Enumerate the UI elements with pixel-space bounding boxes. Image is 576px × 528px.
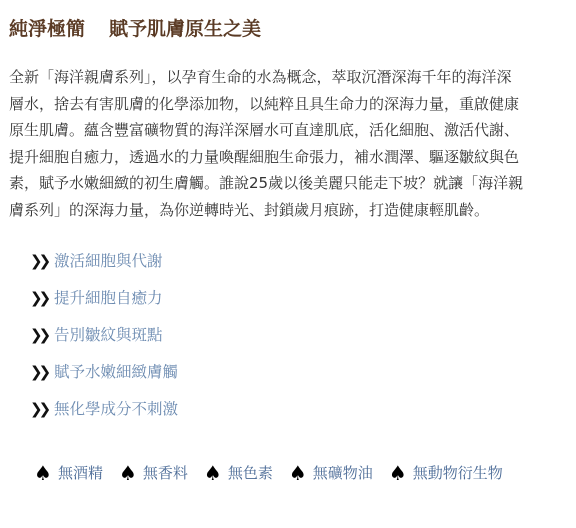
feature-label: 賦予水嫩細緻膚觸 <box>54 361 178 383</box>
feature-item: ❯❯ 激活細胞與代謝 <box>30 250 178 287</box>
badge-no-colorant: ♠ 無色素 <box>204 462 273 484</box>
feature-label: 激活細胞與代謝 <box>54 250 163 272</box>
double-chevron-right-icon: ❯❯ <box>30 287 50 309</box>
feature-item: ❯❯ 無化學成分不刺激 <box>30 398 178 435</box>
free-from-badges: ♠ 無酒精 ♠ 無香料 ♠ 無色素 ♠ 無礦物油 ♠ 無動物衍生物 <box>34 462 519 484</box>
description-line: 膚系列」的深海力量，為你逆轉時光、封鎖歲月痕跡，打造健康輕肌齡。 <box>9 197 569 224</box>
description-line: 提升細胞自癒力，透過水的力量喚醒細胞生命張力，補水潤澤、驅逐皺紋與色 <box>9 144 569 171</box>
double-chevron-right-icon: ❯❯ <box>30 250 50 272</box>
double-chevron-right-icon: ❯❯ <box>30 398 50 420</box>
spade-icon: ♠ <box>389 462 407 484</box>
page-title: 純淨極簡賦予肌膚原生之美 <box>9 14 261 41</box>
spade-icon: ♠ <box>119 462 137 484</box>
title-left: 純淨極簡 <box>9 18 85 40</box>
badge-label: 無酒精 <box>58 462 103 484</box>
feature-label: 提升細胞自癒力 <box>54 287 163 309</box>
badge-no-mineral-oil: ♠ 無礦物油 <box>289 462 373 484</box>
double-chevron-right-icon: ❯❯ <box>30 361 50 383</box>
spade-icon: ♠ <box>204 462 222 484</box>
feature-item: ❯❯ 賦予水嫩細緻膚觸 <box>30 361 178 398</box>
title-right: 賦予肌膚原生之美 <box>109 18 261 40</box>
feature-label: 告別皺紋與斑點 <box>54 324 163 346</box>
badge-label: 無動物衍生物 <box>413 462 503 484</box>
description-line: 層水，捨去有害肌膚的化學添加物，以純粹且具生命力的深海力量，重啟健康 <box>9 91 569 118</box>
description-paragraph: 全新「海洋親膚系列」，以孕育生命的水為概念，萃取沉潛深海千年的海洋深 層水，捨去… <box>9 64 569 223</box>
feature-label: 無化學成分不刺激 <box>54 398 178 420</box>
badge-no-alcohol: ♠ 無酒精 <box>34 462 103 484</box>
description-line: 素，賦予水嫩細緻的初生膚觸。誰說25歲以後美麗只能走下坡？就讓「海洋親 <box>9 170 569 197</box>
feature-item: ❯❯ 告別皺紋與斑點 <box>30 324 178 361</box>
feature-item: ❯❯ 提升細胞自癒力 <box>30 287 178 324</box>
description-line: 原生肌膚。蘊含豐富礦物質的海洋深層水可直達肌底，活化細胞、激活代謝、 <box>9 117 569 144</box>
badge-no-fragrance: ♠ 無香料 <box>119 462 188 484</box>
double-chevron-right-icon: ❯❯ <box>30 324 50 346</box>
badge-label: 無色素 <box>228 462 273 484</box>
spade-icon: ♠ <box>34 462 52 484</box>
spade-icon: ♠ <box>289 462 307 484</box>
badge-label: 無香料 <box>143 462 188 484</box>
badge-no-animal-derivatives: ♠ 無動物衍生物 <box>389 462 503 484</box>
feature-list: ❯❯ 激活細胞與代謝 ❯❯ 提升細胞自癒力 ❯❯ 告別皺紋與斑點 ❯❯ 賦予水嫩… <box>30 250 178 435</box>
description-line: 全新「海洋親膚系列」，以孕育生命的水為概念，萃取沉潛深海千年的海洋深 <box>9 64 569 91</box>
badge-label: 無礦物油 <box>313 462 373 484</box>
